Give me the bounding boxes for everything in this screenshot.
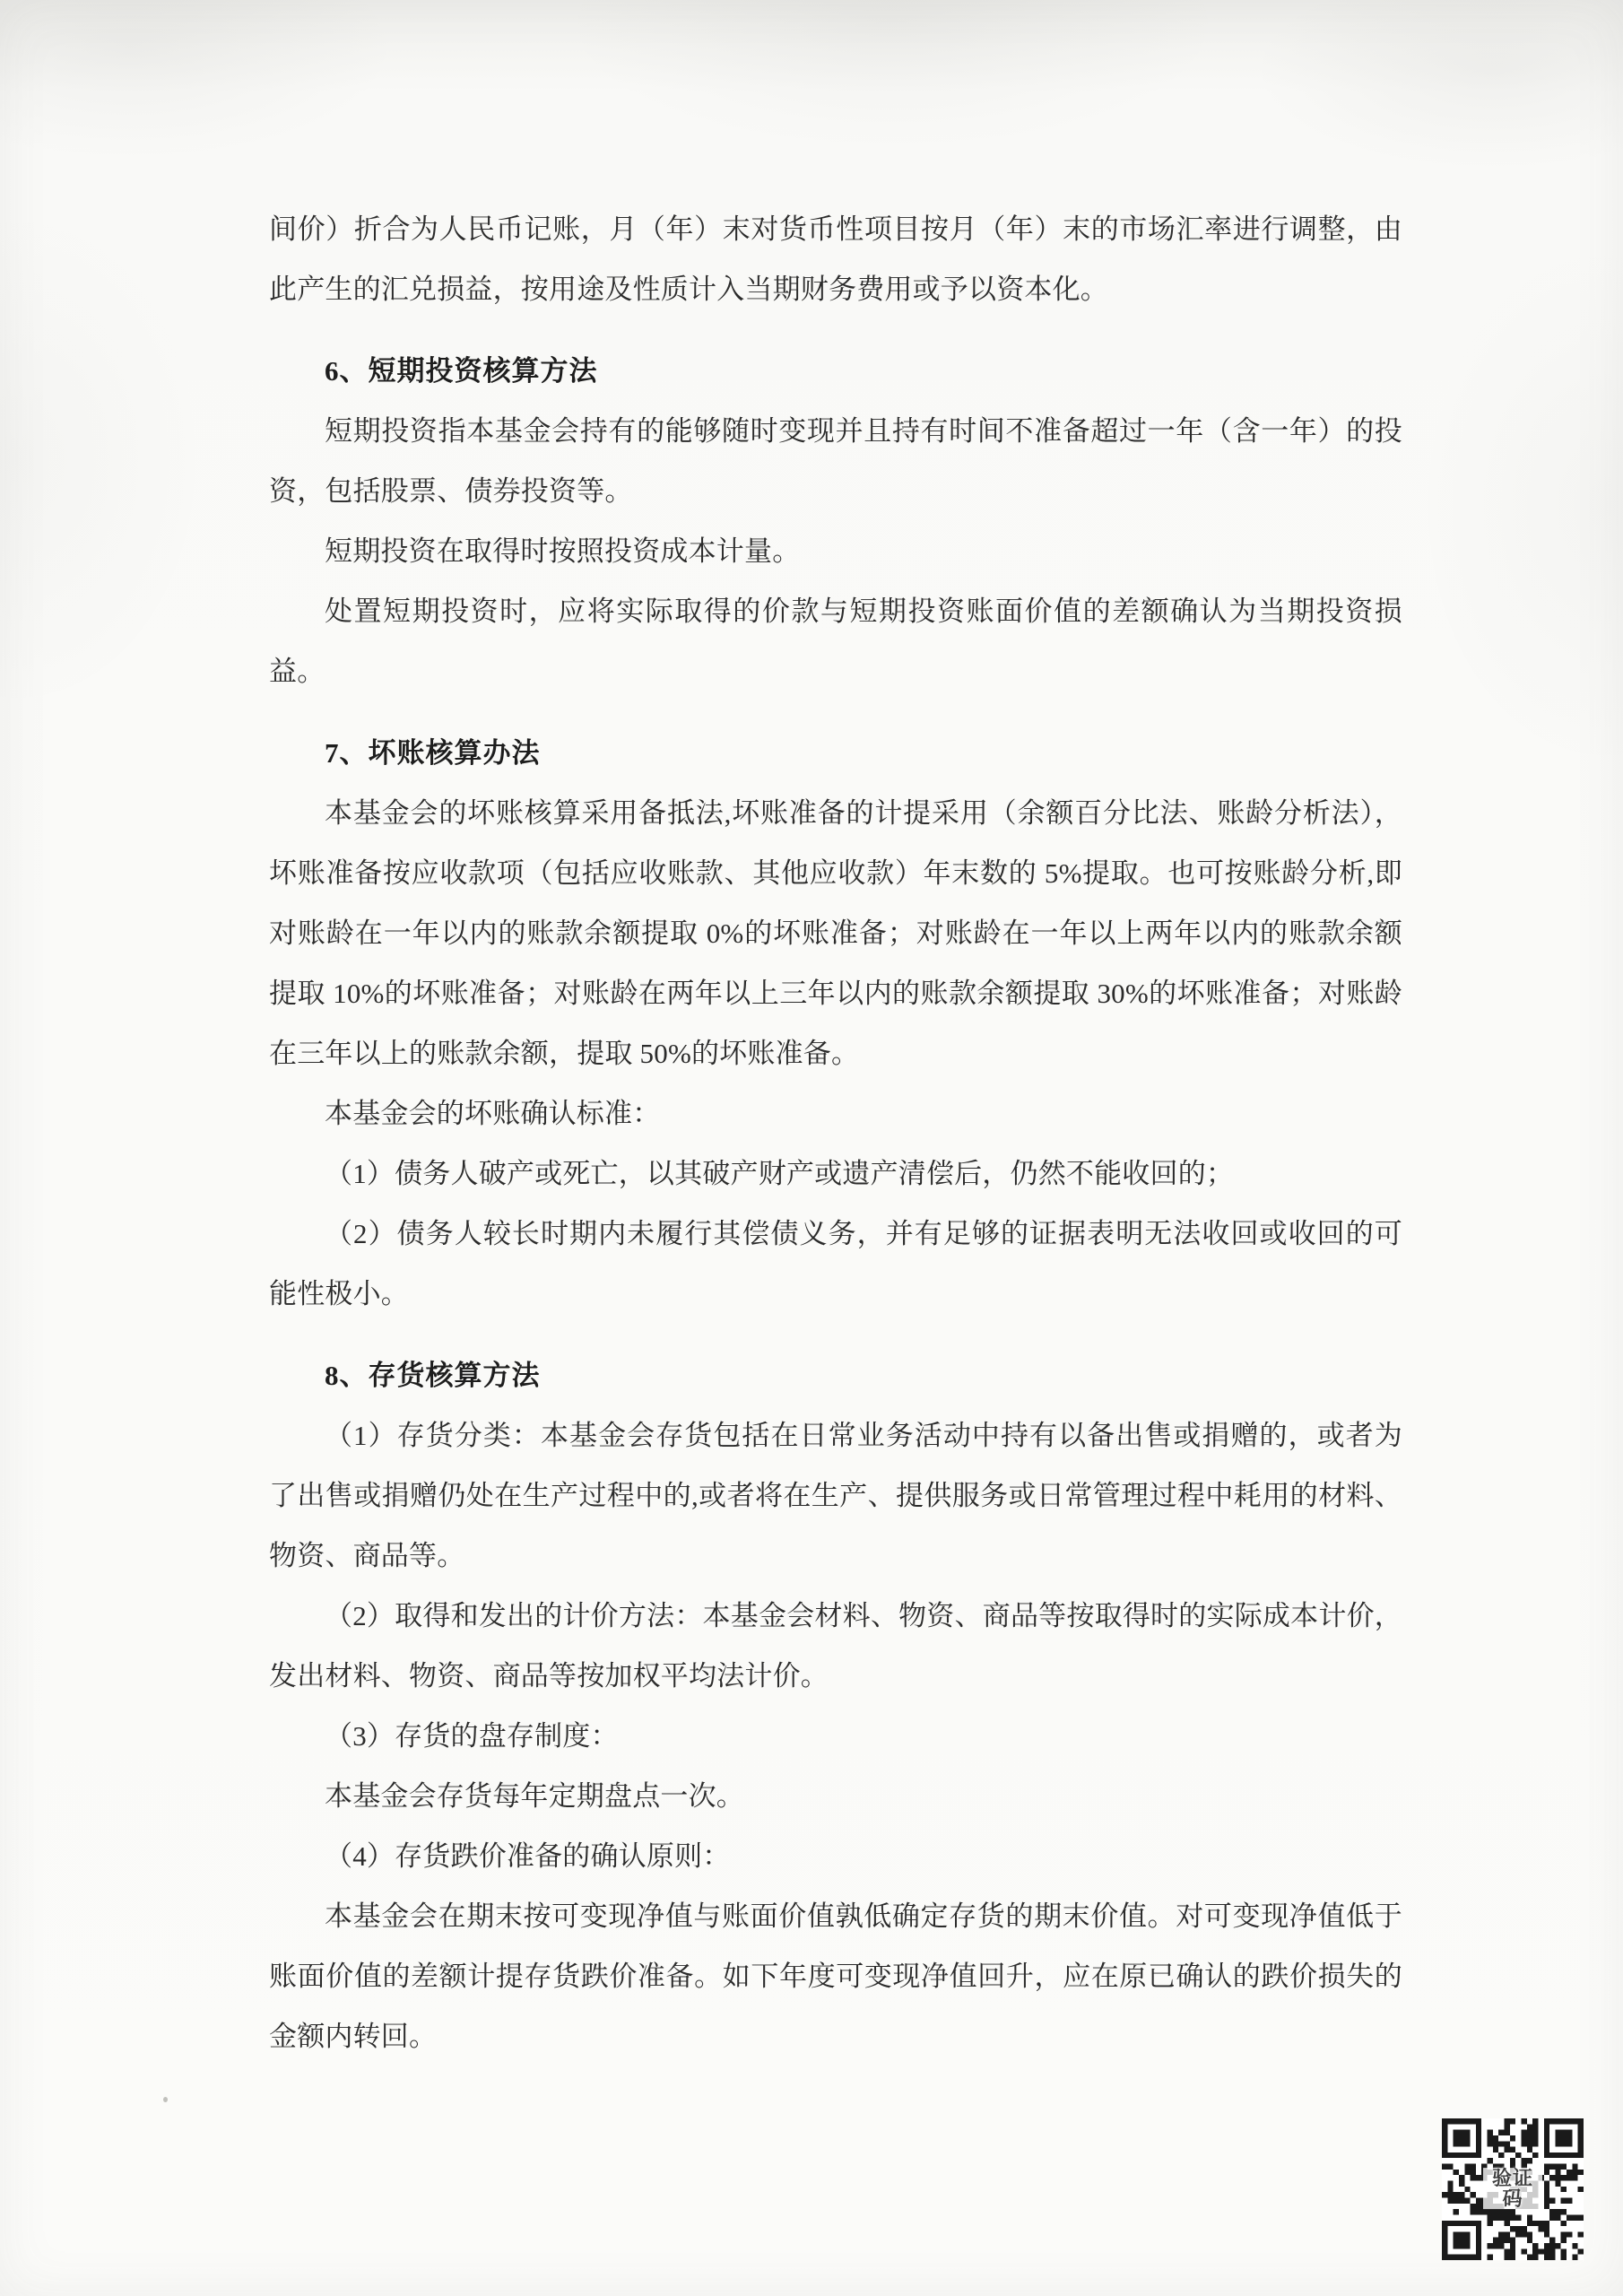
text-line: 提取 10%的坏账准备；对账龄在两年以上三年以内的账款余额提取 30%的坏账准备… xyxy=(269,963,1402,1023)
scan-speck xyxy=(163,2097,168,2102)
text-line: 短期投资指本基金会持有的能够随时变现并且持有时间不准备超过一年（含一年）的投 xyxy=(269,401,1402,461)
text-line: 本基金会存货每年定期盘点一次。 xyxy=(269,1766,1402,1826)
text-line: （2）取得和发出的计价方法：本基金会材料、物资、商品等按取得时的实际成本计价， xyxy=(269,1586,1402,1646)
section-heading: 8、存货核算方法 xyxy=(269,1345,1402,1405)
text-line: 本基金会在期末按可变现净值与账面价值孰低确定存货的期末价值。对可变现净值低于 xyxy=(269,1886,1402,1946)
text-line: 物资、商品等。 xyxy=(269,1526,1402,1586)
section-heading: 7、坏账核算办法 xyxy=(269,723,1402,783)
text-line: 此产生的汇兑损益，按用途及性质计入当期财务费用或予以资本化。 xyxy=(269,259,1402,319)
text-line: （1）债务人破产或死亡，以其破产财产或遗产清偿后，仍然不能收回的； xyxy=(269,1144,1402,1204)
scanned-page: 间价）折合为人民币记账，月（年）末对货币性项目按月（年）末的市场汇率进行调整，由… xyxy=(0,0,1623,2296)
qr-caption: 验证码 xyxy=(1483,2168,1542,2209)
text-line: 坏账准备按应收款项（包括应收账款、其他应收款）年末数的 5%提取。也可按账龄分析… xyxy=(269,843,1402,903)
text-line: 短期投资在取得时按照投资成本计量。 xyxy=(269,521,1402,581)
text-line: （1）存货分类：本基金会存货包括在日常业务活动中持有以备出售或捐赠的，或者为 xyxy=(269,1405,1402,1465)
text-line: 账面价值的差额计提存货跌价准备。如下年度可变现净值回升，应在原已确认的跌价损失的 xyxy=(269,1946,1402,2006)
text-line: 对账龄在一年以内的账款余额提取 0%的坏账准备；对账龄在一年以上两年以内的账款余… xyxy=(269,903,1402,963)
text-line: 间价）折合为人民币记账，月（年）末对货币性项目按月（年）末的市场汇率进行调整，由 xyxy=(269,199,1402,259)
text-line: （2）债务人较长时期内未履行其偿债义务，并有足够的证据表明无法收回或收回的可 xyxy=(269,1204,1402,1264)
text-line: 了出售或捐赠仍处在生产过程中的,或者将在生产、提供服务或日常管理过程中耗用的材料… xyxy=(269,1465,1402,1526)
text-line: 金额内转回。 xyxy=(269,2006,1402,2066)
text-line: 处置短期投资时，应将实际取得的价款与短期投资账面价值的差额确认为当期投资损 xyxy=(269,581,1402,641)
document-body: 间价）折合为人民币记账，月（年）末对货币性项目按月（年）末的市场汇率进行调整，由… xyxy=(269,199,1402,2066)
text-line: 益。 xyxy=(269,641,1402,701)
qr-code: 验证码 xyxy=(1442,2118,1584,2260)
section-heading: 6、短期投资核算方法 xyxy=(269,341,1402,401)
text-line: 发出材料、物资、商品等按加权平均法计价。 xyxy=(269,1646,1402,1706)
text-line: （3）存货的盘存制度： xyxy=(269,1706,1402,1766)
text-line: 本基金会的坏账确认标准： xyxy=(269,1083,1402,1144)
text-line: （4）存货跌价准备的确认原则： xyxy=(269,1826,1402,1886)
text-line: 在三年以上的账款余额，提取 50%的坏账准备。 xyxy=(269,1023,1402,1083)
text-line: 资，包括股票、债券投资等。 xyxy=(269,461,1402,521)
text-line: 能性极小。 xyxy=(269,1264,1402,1324)
text-line: 本基金会的坏账核算采用备抵法,坏账准备的计提采用（余额百分比法、账龄分析法）， xyxy=(269,783,1402,843)
